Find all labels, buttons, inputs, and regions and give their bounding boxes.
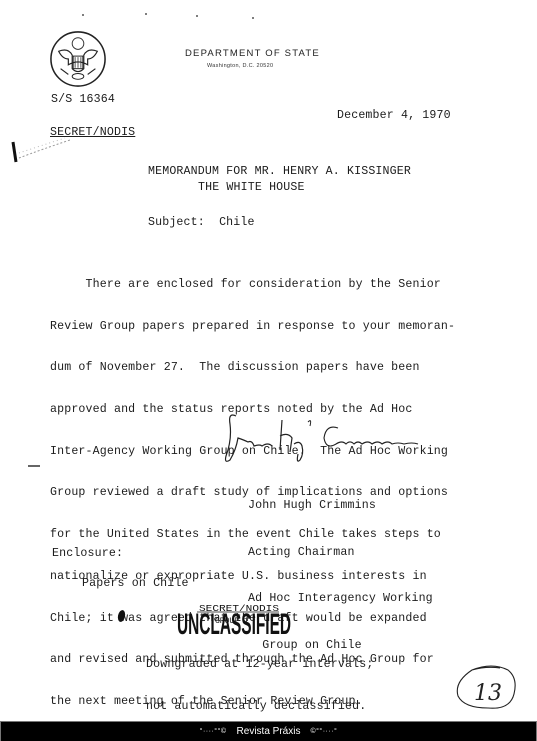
memo-date: December 4, 1970 <box>337 109 451 122</box>
enclosure-label: Enclosure: <box>52 547 123 560</box>
signer-title: Acting Chairman <box>248 545 433 561</box>
scan-artifact <box>28 465 40 467</box>
body-line: Review Group papers prepared in response… <box>50 320 455 334</box>
downgrade-line: not automatically declassified. <box>146 700 373 714</box>
memo-recipient-office: THE WHITE HOUSE <box>198 181 305 194</box>
circled-page-number: 13 <box>452 664 518 712</box>
footer-bar: °····°°© Revista Práxis ©°°····° <box>0 721 537 741</box>
subject-value: Chile <box>219 216 255 229</box>
department-address: Washington, D.C. 20520 <box>207 63 273 69</box>
stamp-overprint-1: SECRET/NODIS <box>199 604 279 614</box>
signer-name: John Hugh Crimmins <box>248 498 433 514</box>
document-page: DEPARTMENT OF STATE Washington, D.C. 205… <box>0 0 537 716</box>
scan-artifact <box>196 15 198 17</box>
subject-label: Subject: <box>148 216 205 229</box>
footer-ornament-left: °····°°© <box>200 728 227 735</box>
page-number-text: 13 <box>474 681 502 706</box>
scan-artifact <box>82 14 84 16</box>
memo-recipient: MEMORANDUM FOR MR. HENRY A. KISSINGER <box>148 165 411 178</box>
downgrade-line: Downgraded at 12-year intervals; <box>146 658 373 672</box>
great-seal-icon <box>49 30 107 88</box>
scan-artifact <box>252 17 254 19</box>
scan-artifact <box>145 13 147 15</box>
handwritten-signature <box>222 410 442 468</box>
stamp-overprint-2: GROUP 1 <box>215 617 249 626</box>
memo-subject: Subject: Chile <box>148 216 255 229</box>
faded-stamp-mark <box>10 136 90 164</box>
department-name: DEPARTMENT OF STATE <box>185 48 320 59</box>
footer-ornament-right: ©°°····° <box>310 728 337 735</box>
enclosure-item: Papers on Chile <box>82 577 189 590</box>
footer-source-label: Revista Práxis <box>237 726 301 737</box>
reference-number: S/S 16364 <box>51 93 115 106</box>
body-line: There are enclosed for consideration by … <box>50 278 455 292</box>
body-line: dum of November 27. The discussion paper… <box>50 361 455 375</box>
